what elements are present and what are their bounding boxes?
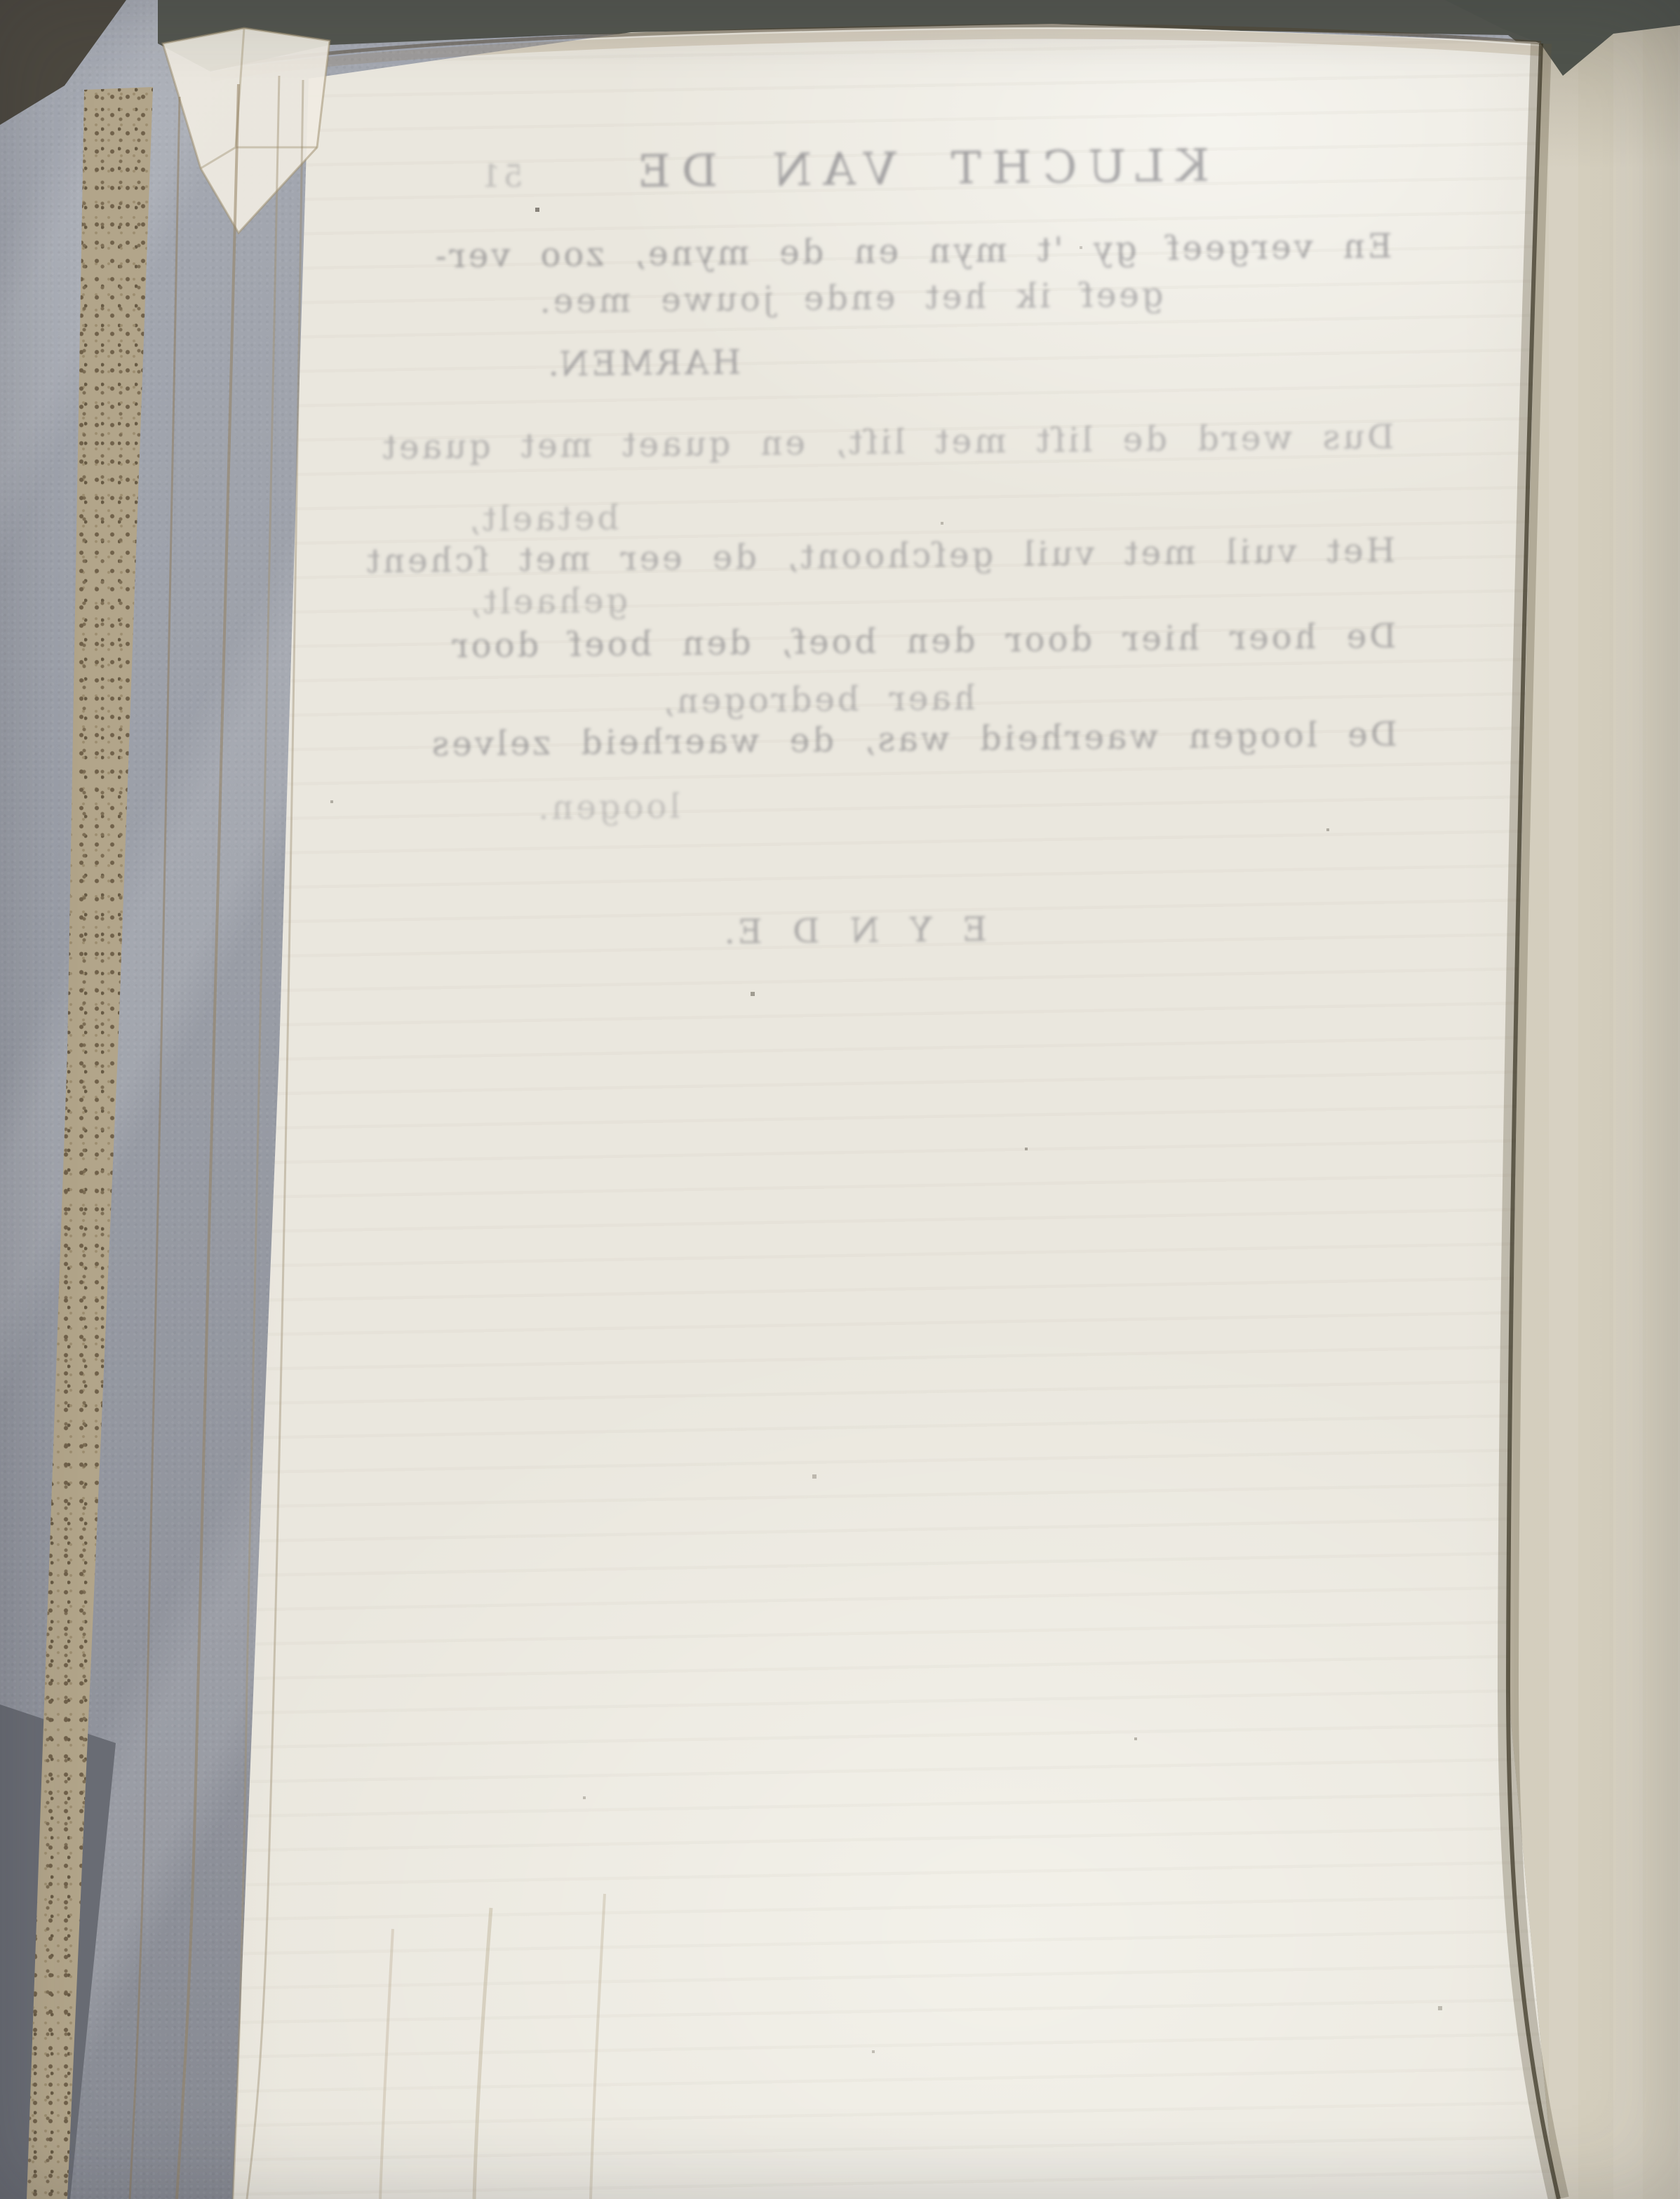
paper-specks	[0, 0, 1, 1]
crease-and-edge-overlay	[0, 0, 1680, 2199]
page-wrinkle	[591, 1894, 605, 2199]
photo-open-book: KLUCHT VAN DE 51 En vergeef gy 't myn en…	[0, 0, 1680, 2199]
page-left-edge-line	[247, 80, 303, 2199]
torn-edge-line	[233, 76, 279, 2199]
page-wrinkle	[474, 1908, 491, 2199]
page-top-edge-shadow	[210, 34, 1541, 77]
torn-edge-line	[130, 97, 180, 2199]
folded-corner-flap	[163, 28, 330, 233]
torn-edge-line	[177, 84, 238, 2199]
page-wrinkle	[380, 1929, 393, 2199]
